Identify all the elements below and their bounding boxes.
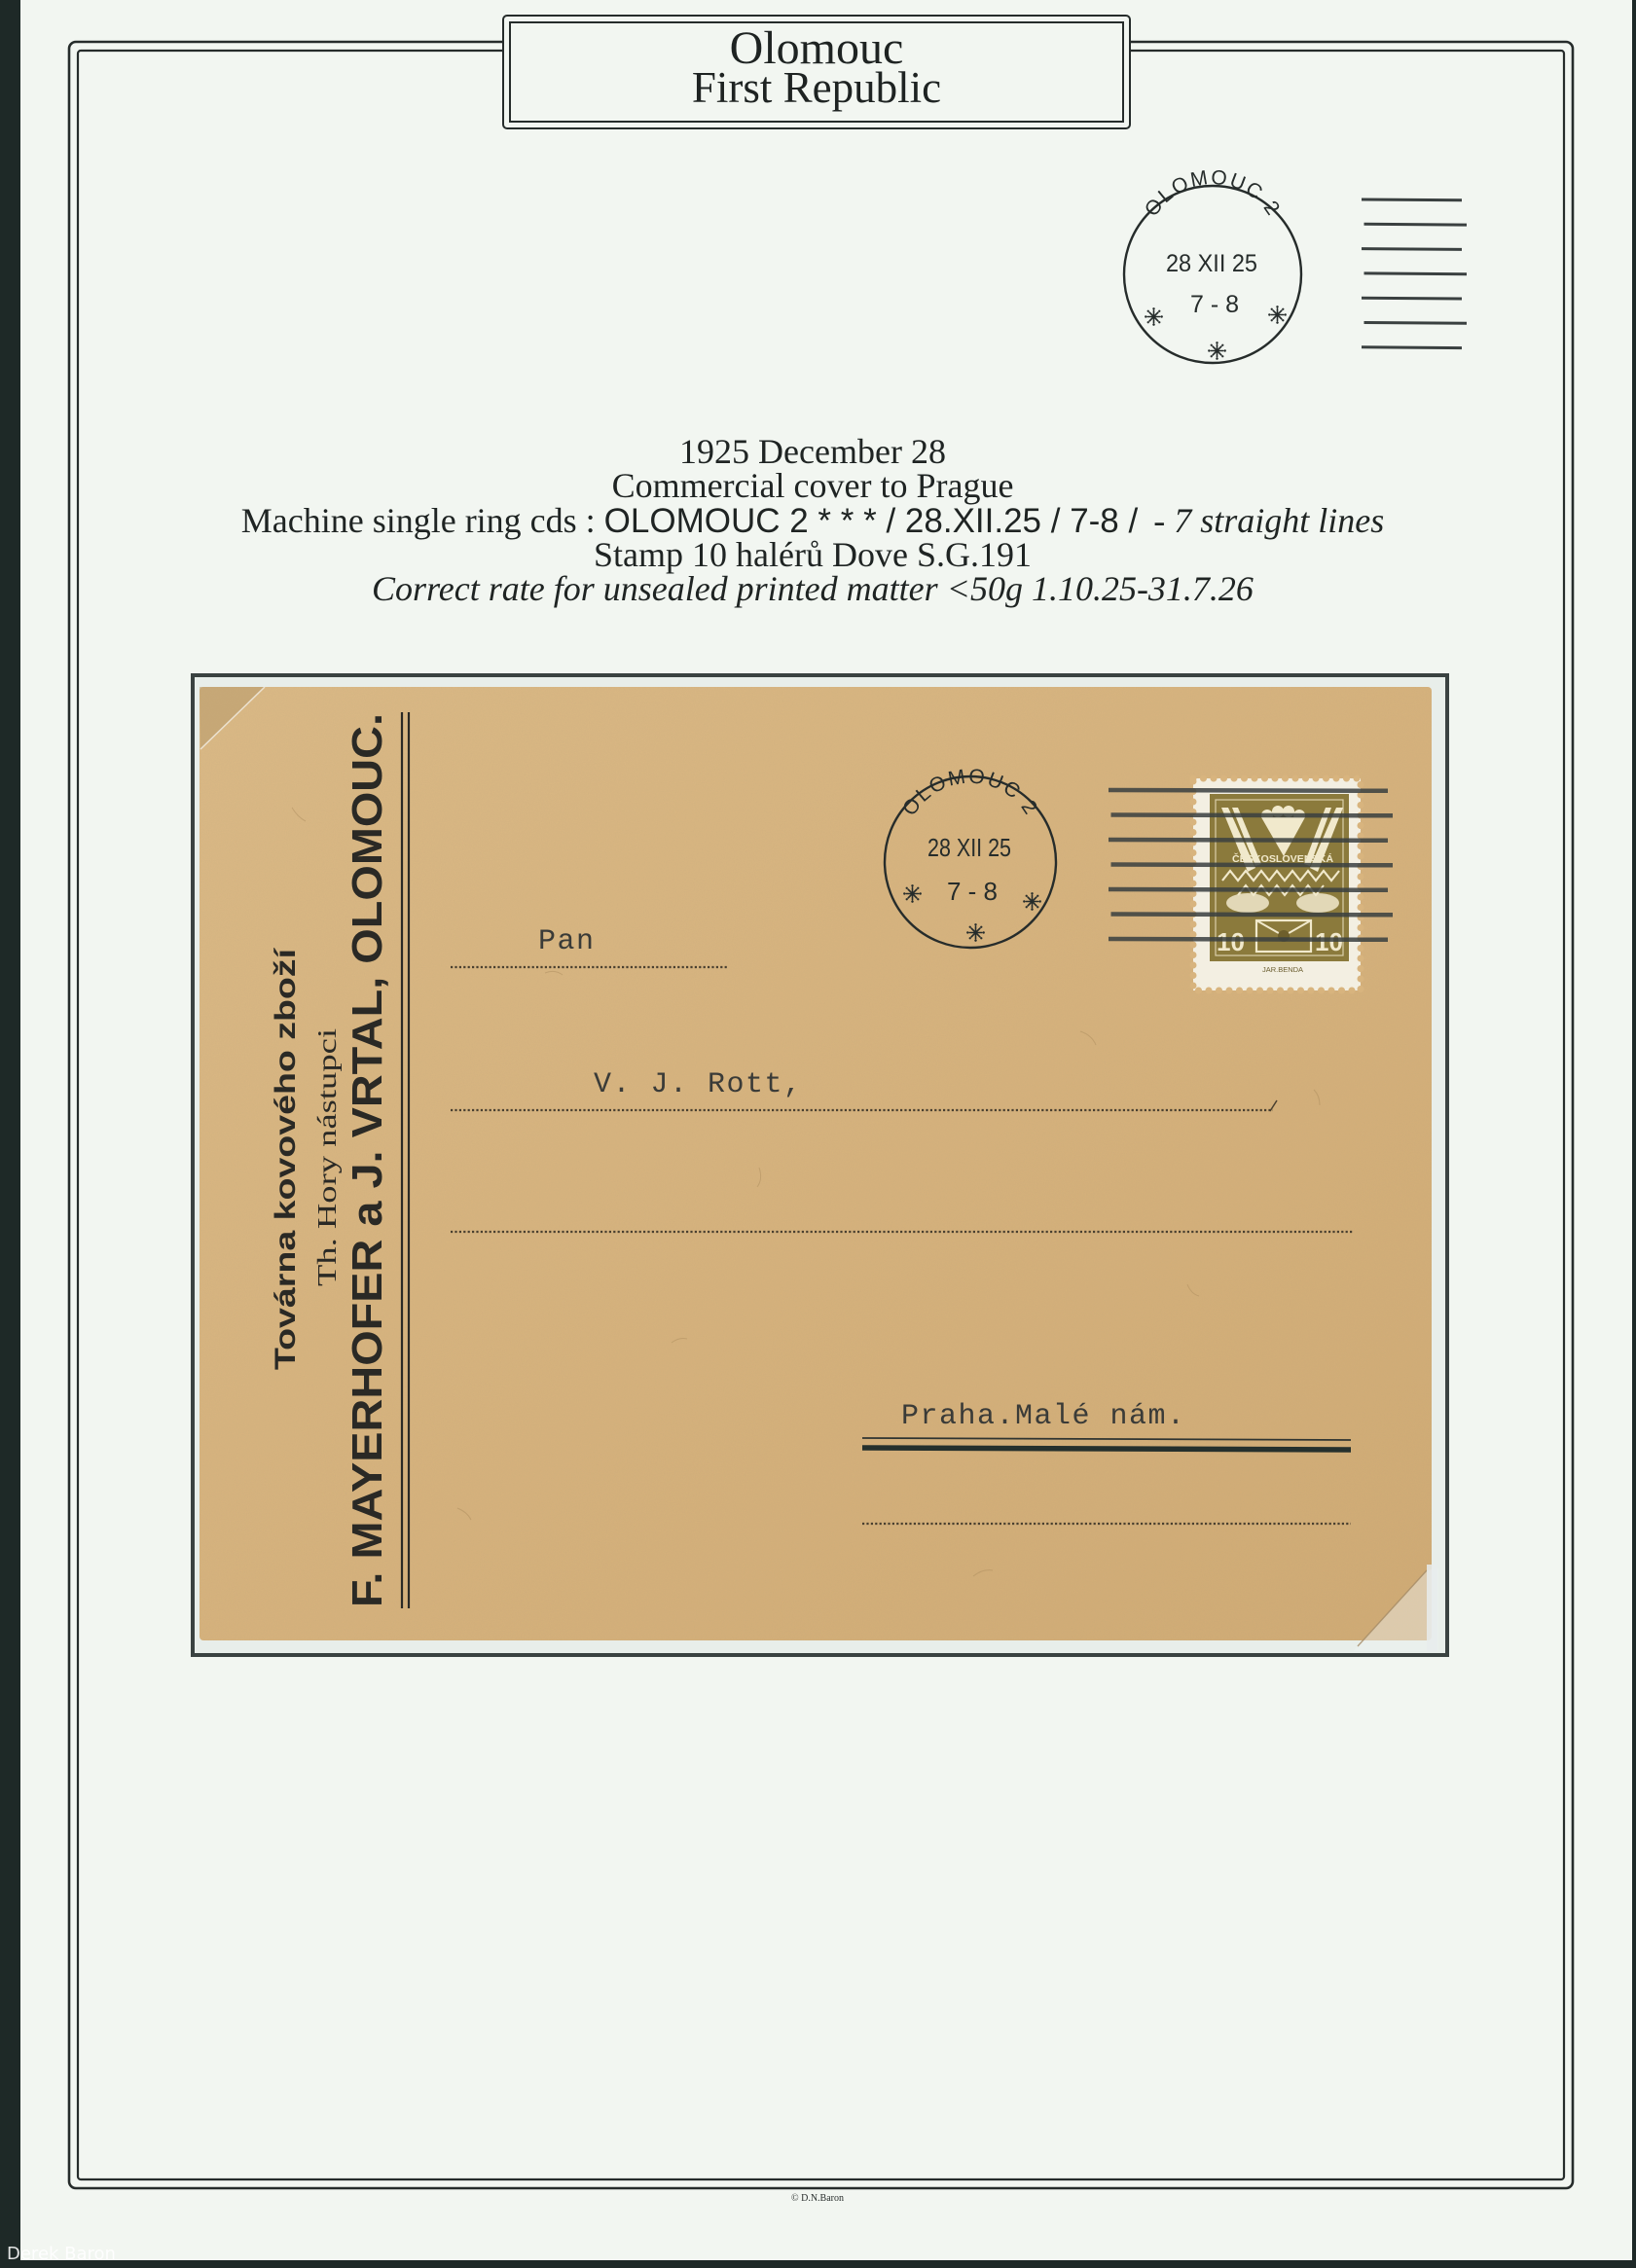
cancel-line — [1362, 298, 1462, 299]
star-icon — [1145, 307, 1163, 326]
scan-edge-left — [0, 0, 20, 2268]
postmark-time: 7 - 8 — [1190, 291, 1239, 318]
cancel-line — [1109, 790, 1388, 791]
sender-line-3: F. MAYERHOFER a J. VRTAL, OLOMOUC. — [344, 713, 391, 1607]
postmark-time: 7 - 8 — [947, 877, 998, 906]
scan-edge-right — [1632, 0, 1636, 2268]
address-city: Praha.Malé nám. — [901, 1400, 1186, 1433]
stamp-designer: JAR.BENDA — [1262, 965, 1303, 974]
city-underline-thick — [862, 1448, 1351, 1450]
corner-mount-side — [1427, 1565, 1437, 1652]
cancel-line — [1362, 199, 1462, 200]
sender-line-2: Th. Hory nástupci — [312, 1028, 342, 1286]
sender-line-1: Továrna kovového zboží — [270, 947, 302, 1370]
cancel-line — [1111, 815, 1394, 816]
cover-route: Commercial cover to Prague — [34, 469, 1591, 503]
stamp-value-right: 10 — [1315, 927, 1343, 956]
star-icon — [1023, 892, 1041, 911]
address-recipient: V. J. Rott, — [594, 1068, 803, 1101]
title-box: Olomouc First Republic — [502, 15, 1131, 129]
address-salutation: Pan — [538, 925, 596, 958]
postmark-date: 28 XII 25 — [1166, 250, 1257, 277]
watermark: Derek Baron — [7, 2244, 116, 2265]
stamp: ČESKOSLOVENSKÁ 10 10 JAR.BENDA — [1193, 778, 1361, 990]
page-title: Olomouc — [504, 29, 1129, 68]
scan-edge-bottom — [0, 2260, 1636, 2268]
page-subtitle: First Republic — [504, 68, 1129, 107]
title-text: Olomouc First Republic — [504, 29, 1129, 107]
cancel-line — [1111, 915, 1394, 916]
cancel-line — [1362, 347, 1462, 348]
cancel-line — [1364, 323, 1468, 324]
cover-date: 1925 December 28 — [34, 435, 1591, 469]
cancel-detail: OLOMOUC 2 * * * / 28.XII.25 / 7-8 / — [604, 502, 1139, 540]
cancel-line — [1109, 939, 1388, 940]
cancel-line — [1364, 273, 1468, 274]
copyright: © D.N.Baron — [759, 2193, 876, 2205]
star-icon — [966, 923, 985, 942]
cancel-line — [1109, 889, 1388, 890]
star-icon — [903, 884, 922, 903]
rate-description: Correct rate for unsealed printed matter… — [34, 572, 1591, 606]
cancel-description: Machine single ring cds :OLOMOUC 2 * * *… — [34, 504, 1591, 538]
album-page: OLOMOUC 2 28 XII 25 7 - 8 Továrna kovové… — [0, 0, 1636, 2268]
cancel-label: Machine single ring cds : — [241, 501, 596, 540]
postmark-date: 28 XII 25 — [927, 833, 1011, 862]
cancel-note: - 7 straight lines — [1153, 501, 1384, 540]
cancel-line — [1109, 840, 1388, 841]
description-block: 1925 December 28 Commercial cover to Pra… — [34, 435, 1591, 606]
stamp-description: Stamp 10 halérů Dove S.G.191 — [34, 538, 1591, 572]
star-icon — [1268, 306, 1287, 324]
stamp-value-left: 10 — [1217, 927, 1245, 956]
cancel-line — [1364, 224, 1468, 225]
cancel-line — [1111, 865, 1394, 866]
cancel-line — [1362, 249, 1462, 250]
star-icon — [1208, 342, 1226, 360]
